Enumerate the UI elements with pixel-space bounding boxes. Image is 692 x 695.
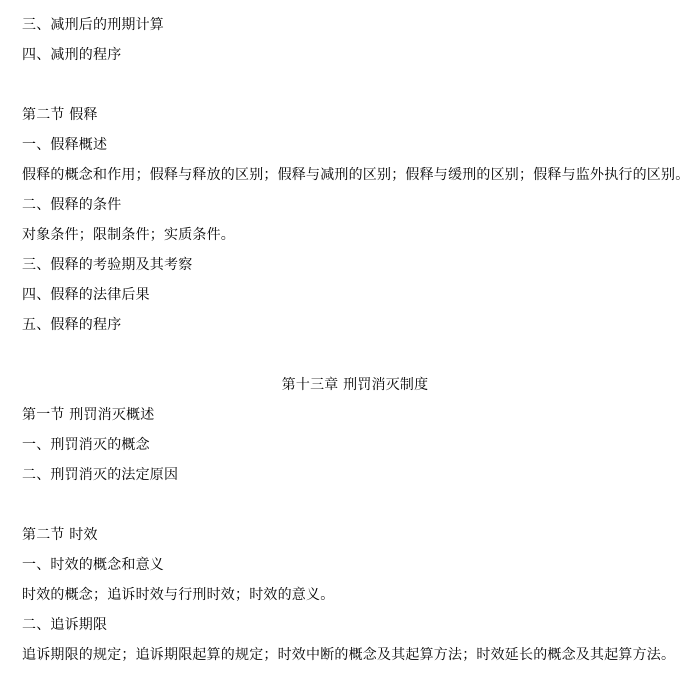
document-line-section-heading: 第二节 时效 — [22, 520, 684, 550]
document-line-list-item: 四、减刑的程序 — [22, 40, 684, 70]
document-line-body: 时效的概念；追诉时效与行刑时效；时效的意义。 — [22, 580, 684, 610]
document-line-list-item: 二、刑罚消灭的法定原因 — [22, 460, 684, 490]
blank-line — [22, 490, 684, 520]
document-line-list-item: 三、假释的考验期及其考察 — [22, 250, 684, 280]
document-line-list-item: 五、假释的程序 — [22, 310, 684, 340]
document-line-list-item: 三、减刑后的刑期计算 — [22, 10, 684, 40]
document-line-body: 追诉期限的规定；追诉期限起算的规定；时效中断的概念及其起算方法；时效延长的概念及… — [22, 640, 684, 670]
document-line-list-item: 一、时效的概念和意义 — [22, 550, 684, 580]
document-line-chapter-heading: 第十三章 刑罚消灭制度 — [26, 370, 684, 400]
document-line-body: 假释的概念和作用；假释与释放的区别；假释与减刑的区别；假释与缓刑的区别；假释与监… — [22, 160, 684, 190]
document-line-body: 对象条件；限制条件；实质条件。 — [22, 220, 684, 250]
document-page[interactable]: 三、减刑后的刑期计算四、减刑的程序第二节 假释一、假释概述假释的概念和作用；假释… — [0, 0, 692, 695]
document-line-section-heading: 第一节 刑罚消灭概述 — [22, 400, 684, 430]
document-line-list-item: 一、刑罚消灭的概念 — [22, 430, 684, 460]
document-line-section-heading: 第二节 假释 — [22, 100, 684, 130]
document-line-list-item: 二、追诉期限 — [22, 610, 684, 640]
document-line-list-item: 一、假释概述 — [22, 130, 684, 160]
document-line-list-item: 二、假释的条件 — [22, 190, 684, 220]
document-content: 三、减刑后的刑期计算四、减刑的程序第二节 假释一、假释概述假释的概念和作用；假释… — [22, 10, 684, 670]
document-line-list-item: 四、假释的法律后果 — [22, 280, 684, 310]
blank-line — [22, 340, 684, 370]
blank-line — [22, 70, 684, 100]
